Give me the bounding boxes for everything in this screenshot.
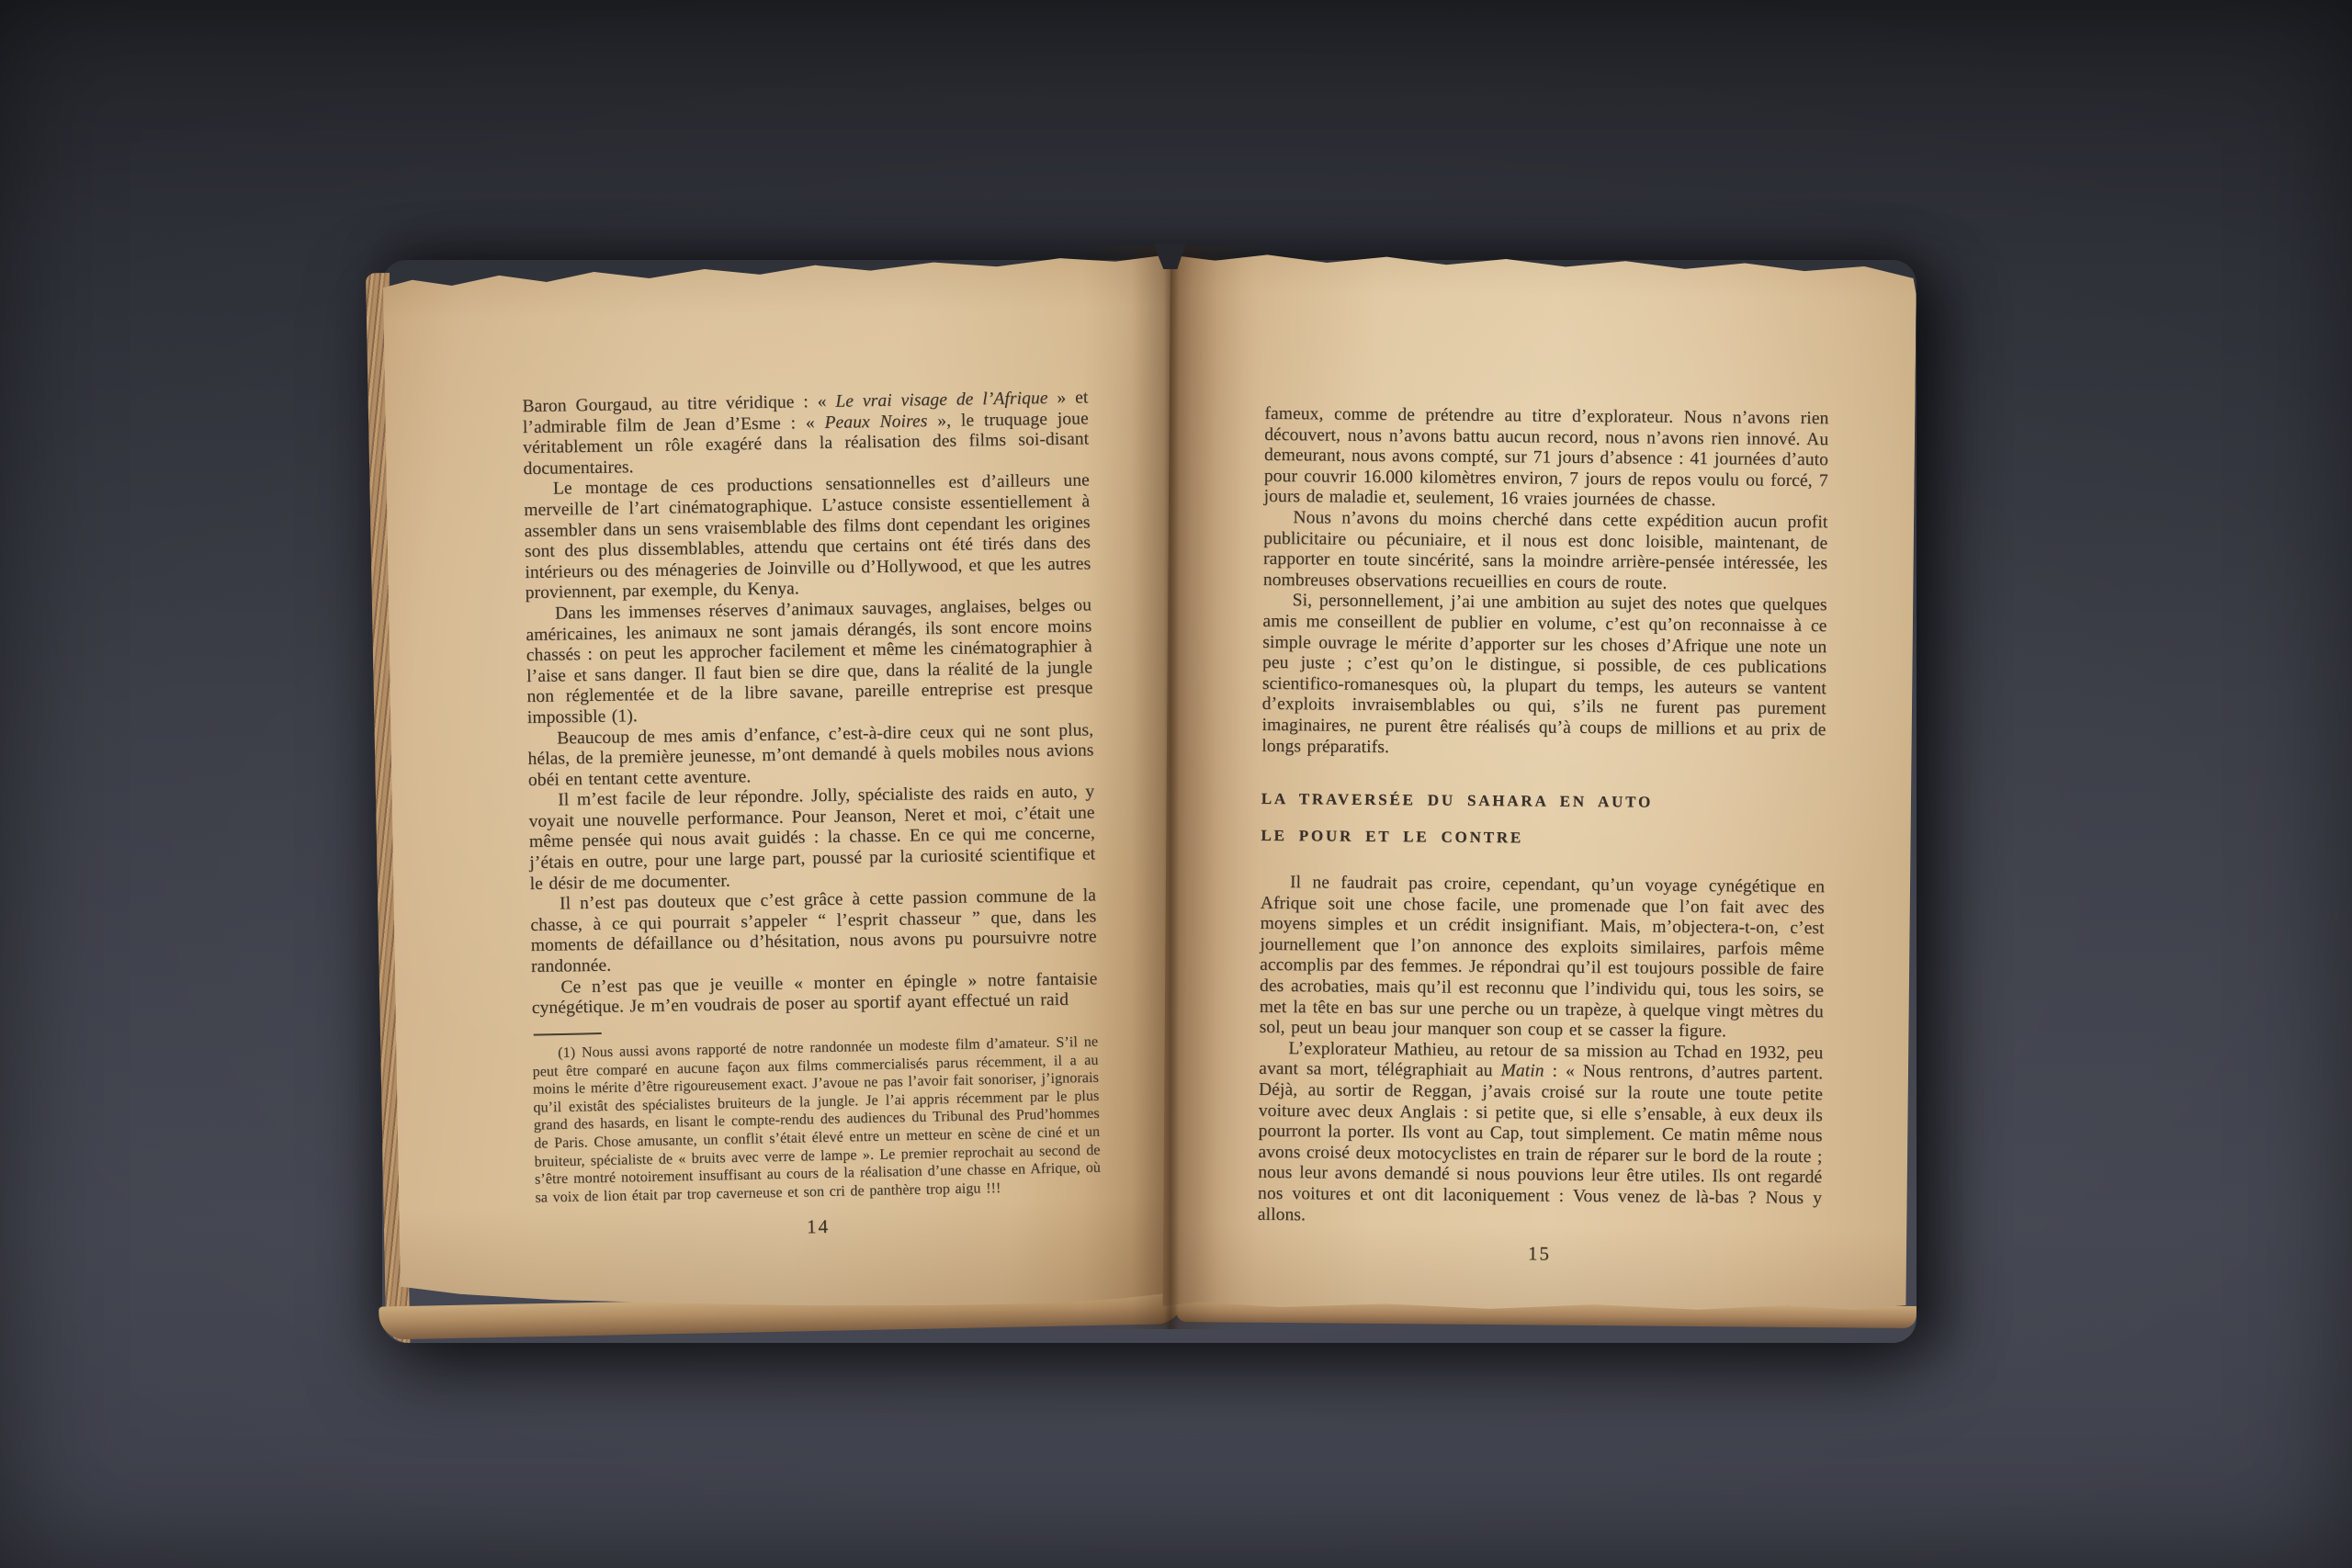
paragraph: Beaucoup de mes amis d’enfance, c’est-à-…	[527, 720, 1094, 791]
page-number-left: 14	[535, 1211, 1101, 1243]
paragraph: Dans les immenses réserves d’animaux sau…	[526, 595, 1093, 728]
italic-newspaper-title: Matin	[1500, 1062, 1543, 1081]
paragraph: Baron Gourgaud, au titre véridique : « L…	[522, 388, 1089, 479]
section-heading: LA TRAVERSÉE DU SAHARA EN AUTO LE POUR E…	[1261, 781, 1826, 859]
paragraph: Le montage de ces productions sensationn…	[524, 471, 1091, 604]
left-page-text-column: Baron Gourgaud, au titre véridique : « L…	[522, 388, 1101, 1243]
paragraph: L’explorateur Mathieu, au retour de sa m…	[1258, 1039, 1824, 1231]
photo-backdrop: Baron Gourgaud, au titre véridique : « L…	[0, 0, 2352, 1568]
paragraph: Si, personnellement, j’ai une ambition a…	[1261, 591, 1827, 761]
italic-film-title: Peaux Noires	[824, 412, 927, 433]
open-book: Baron Gourgaud, au titre véridique : « L…	[358, 232, 1929, 1367]
right-page: fameux, comme de prétendre au titre d’ex…	[1161, 251, 1917, 1314]
footnote-text: (1) Nous aussi avons rapporté de notre r…	[532, 1033, 1102, 1207]
right-page-text-column: fameux, comme de prétendre au titre d’ex…	[1257, 404, 1828, 1269]
paragraph: Il n’est pas douteux que c’est grâce à c…	[530, 886, 1097, 978]
page-number-right: 15	[1257, 1240, 1821, 1268]
paragraph: fameux, comme de prétendre au titre d’ex…	[1264, 404, 1829, 513]
left-page: Baron Gourgaud, au titre véridique : « L…	[380, 254, 1187, 1314]
footnote-separator-rule	[534, 1032, 602, 1036]
paragraph-text: : « Nous rentrons, d’autres partent. Déj…	[1258, 1062, 1824, 1224]
paragraph: Il m’est facile de leur répondre. Jolly,…	[528, 783, 1096, 896]
paragraph: Nous n’avons du moins cherché dans cette…	[1263, 508, 1828, 596]
paragraph: Il ne faudrait pas croire, cependant, qu…	[1260, 873, 1826, 1043]
section-heading-line2: LE POUR ET LE CONTRE	[1261, 818, 1825, 859]
footnote-block: (1) Nous aussi avons rapporté de notre r…	[532, 1022, 1102, 1207]
italic-film-title: Le vrai visage de l’Afrique	[835, 389, 1048, 412]
section-heading-line1: LA TRAVERSÉE DU SAHARA EN AUTO	[1261, 781, 1826, 822]
paragraph: Ce n’est pas que je veuille « monter en …	[531, 969, 1098, 1020]
